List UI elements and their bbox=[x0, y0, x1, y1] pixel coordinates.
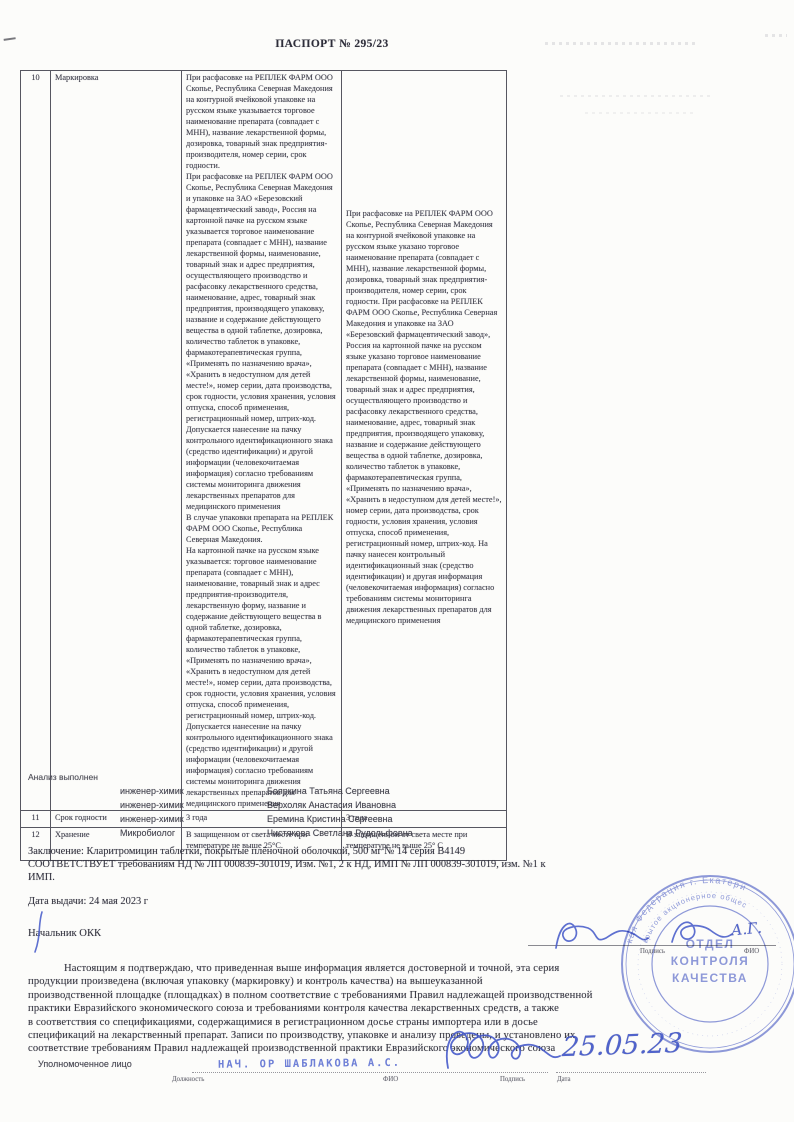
stamp-center-line3: КАЧЕСТВА bbox=[672, 971, 748, 985]
handwritten-date: 25.05.23 bbox=[561, 1028, 683, 1063]
stamp-center-line1: ОТДЕЛ bbox=[686, 937, 735, 951]
analyst-role: инженер-химик bbox=[120, 814, 184, 824]
analyst-row: Микробиолог Чистякова Светлана Рудольфов… bbox=[0, 828, 794, 841]
scanned-document-page: ПАСПОРТ № 295/23 10 Маркировка При расфа… bbox=[0, 0, 794, 1122]
analyst-name: Чистякова Светлана Рудольфовна bbox=[267, 828, 413, 838]
analyst-name: Еремина Кристина Сергеевна bbox=[267, 814, 392, 824]
analysis-heading: Анализ выполнен bbox=[28, 772, 98, 782]
analyst-row: инженер-химик Бояркина Татьяна Сергеевна bbox=[0, 786, 794, 799]
caption-name: ФИО bbox=[383, 1076, 398, 1083]
analyst-name: Верхоляк Анастасия Ивановна bbox=[267, 800, 396, 810]
analyst-row: инженер-химик Верхоляк Анастасия Ивановн… bbox=[0, 800, 794, 813]
row-number: 10 bbox=[21, 71, 51, 811]
marking-text-middle: При расфасовке на РЕПЛЕК ФАРМ ООО Скопье… bbox=[186, 72, 337, 809]
scan-noise-mark bbox=[585, 112, 695, 114]
pen-stroke-mark bbox=[30, 910, 50, 954]
passport-table: 10 Маркировка При расфасовке на РЕПЛЕК Ф… bbox=[20, 70, 507, 861]
row-label: Маркировка bbox=[51, 71, 182, 811]
authorized-person-label: Уполномоченное лицо bbox=[38, 1059, 132, 1069]
caption-position: Должность bbox=[172, 1076, 204, 1083]
authorized-signature-handwriting bbox=[440, 1018, 565, 1076]
marking-text-right: При расфасовке на РЕПЛЕК ФАРМ ООО Скопье… bbox=[346, 72, 502, 626]
caption-date: Дата bbox=[557, 1076, 571, 1083]
scan-noise-mark bbox=[545, 42, 695, 45]
analyst-role: инженер-химик bbox=[120, 786, 184, 796]
stamp-center-line2: КОНТРОЛЯ bbox=[671, 954, 750, 968]
document-title: ПАСПОРТ № 295/23 bbox=[232, 38, 432, 50]
analyst-name: Бояркина Татьяна Сергеевна bbox=[267, 786, 390, 796]
analyst-row: инженер-химик Еремина Кристина Сергеевна bbox=[0, 814, 794, 827]
issue-date: Дата выдачи: 24 мая 2023 г bbox=[28, 896, 148, 907]
scan-noise-mark bbox=[560, 95, 710, 97]
scan-corner-mark bbox=[4, 37, 17, 46]
analyst-role: инженер-химик bbox=[120, 800, 184, 810]
table-row-marking: 10 Маркировка При расфасовке на РЕПЛЕК Ф… bbox=[21, 71, 507, 811]
caption-sign: Подпись bbox=[500, 1076, 525, 1083]
analyst-role: Микробиолог bbox=[120, 828, 175, 838]
scan-noise-mark bbox=[765, 34, 787, 37]
